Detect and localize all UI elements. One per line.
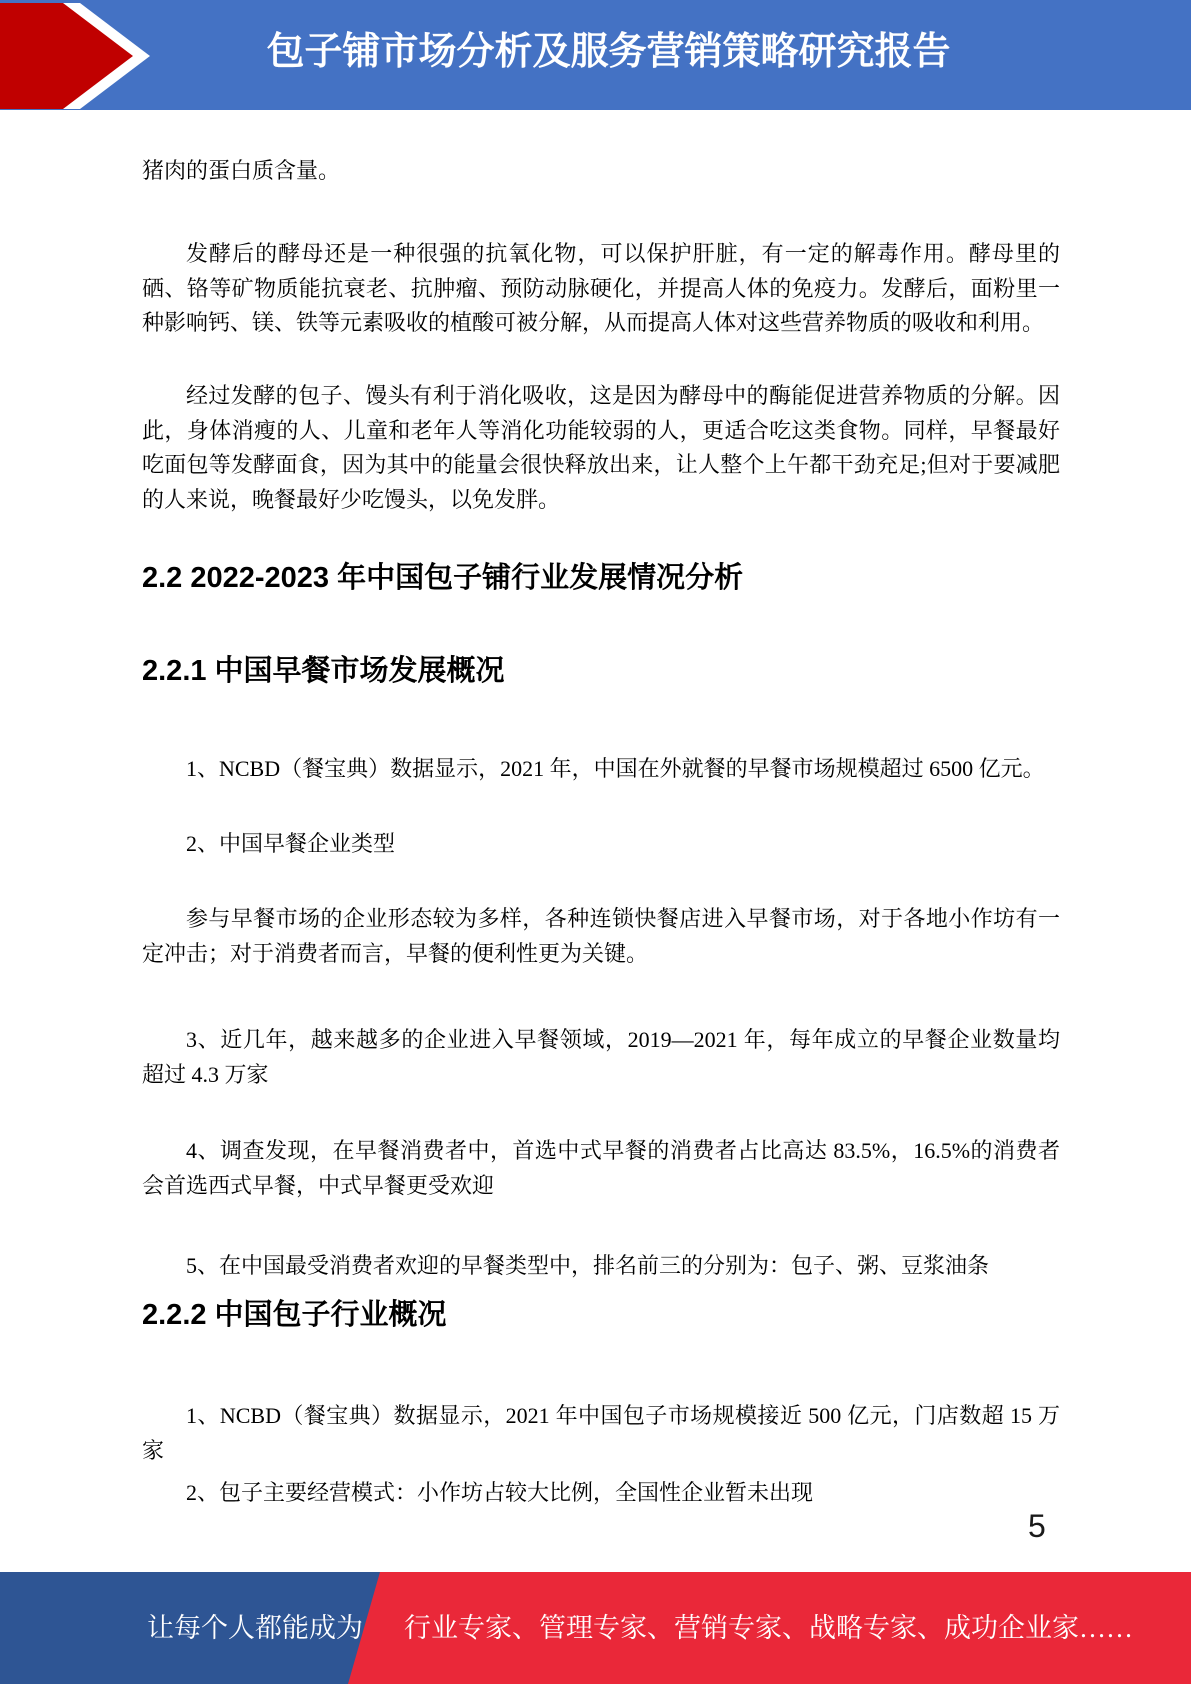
- body-paragraph: 参与早餐市场的企业形态较为多样，各种连锁快餐店进入早餐市场，对于各地小作坊有一定…: [142, 902, 1060, 971]
- page-header: 包子铺市场分析及服务营销策略研究报告: [0, 0, 1191, 110]
- body-paragraph: 1、NCBD（餐宝典）数据显示，2021 年，中国在外就餐的早餐市场规模超过 6…: [142, 752, 1060, 787]
- body-paragraph: 4、调查发现，在早餐消费者中，首选中式早餐的消费者占比高达 83.5%，16.5…: [142, 1134, 1060, 1203]
- body-paragraph: 猪肉的蛋白质含量。: [142, 154, 1060, 189]
- body-paragraph: 5、在中国最受消费者欢迎的早餐类型中，排名前三的分别为：包子、粥、豆浆油条: [142, 1249, 1060, 1284]
- body-paragraph: 发酵后的酵母还是一种很强的抗氧化物，可以保护肝脏，有一定的解毒作用。酵母里的硒、…: [142, 237, 1060, 341]
- body-paragraph: 1、NCBD（餐宝典）数据显示，2021 年中国包子市场规模接近 500 亿元，…: [142, 1399, 1060, 1468]
- footer-slogan-right: 行业专家、管理专家、营销专家、战略专家、成功企业家……: [404, 1572, 1133, 1684]
- body-paragraph: 2、包子主要经营模式：小作坊占较大比例，全国性企业暂未出现: [142, 1476, 1060, 1511]
- subsection-heading: 2.2.2 中国包子行业概况: [142, 1293, 1122, 1337]
- subsection-heading: 2.2.1 中国早餐市场发展概况: [142, 649, 1122, 693]
- page-number: 5: [1028, 1508, 1046, 1545]
- page-footer: 让每个人都能成为 行业专家、管理专家、营销专家、战略专家、成功企业家……: [0, 1572, 1191, 1684]
- page-title: 包子铺市场分析及服务营销策略研究报告: [0, 0, 1191, 110]
- report-page: 包子铺市场分析及服务营销策略研究报告 猪肉的蛋白质含量。 发酵后的酵母还是一种很…: [0, 0, 1191, 1684]
- body-paragraph: 2、中国早餐企业类型: [142, 827, 1060, 862]
- footer-slogan-left: 让每个人都能成为: [147, 1572, 363, 1684]
- body-paragraph: 3、近几年，越来越多的企业进入早餐领域，2019—2021 年，每年成立的早餐企…: [142, 1023, 1060, 1092]
- section-heading: 2.2 2022-2023 年中国包子铺行业发展情况分析: [142, 556, 1122, 600]
- body-paragraph: 经过发酵的包子、馒头有利于消化吸收，这是因为酵母中的酶能促进营养物质的分解。因此…: [142, 379, 1060, 517]
